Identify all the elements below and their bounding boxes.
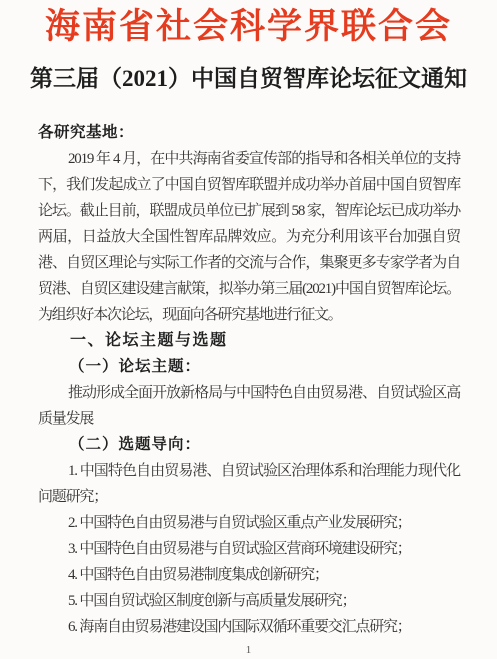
section-1-heading: 一、论坛主题与选题 [38, 328, 460, 354]
document-page: 海南省社会科学界联合会 第三届（2021）中国自贸智库论坛征文通知 各研究基地：… [0, 0, 497, 659]
subsection-1-1-heading: （一）论坛主题： [38, 354, 460, 380]
topic-item-2: 2. 中国特色自由贸易港与自贸试验区重点产业发展研究； [38, 510, 460, 536]
org-title: 海南省社会科学界联合会 [10, 6, 487, 48]
topic-item-4: 4. 中国特色自由贸易港制度集成创新研究； [38, 562, 460, 588]
salutation: 各研究基地： [38, 120, 460, 146]
document-body: 各研究基地： 2019 年 4 月，在中共海南省委宣传部的指导和各相关单位的支持… [38, 120, 460, 640]
topic-item-3: 3. 中国特色自由贸易港与自贸试验区营商环境建设研究； [38, 536, 460, 562]
subsection-1-2-heading: （二）选题导向： [38, 432, 460, 458]
intro-paragraph: 2019 年 4 月，在中共海南省委宣传部的指导和各相关单位的支持下，我们发起成… [38, 146, 460, 328]
page-number: 1 [0, 644, 497, 656]
theme-paragraph: 推动形成全面开放新格局与中国特色自由贸易港、自贸试验区高质量发展 [38, 380, 460, 432]
topic-item-5: 5. 中国自贸试验区制度创新与高质量发展研究； [38, 588, 460, 614]
topic-item-6: 6. 海南自由贸易港建设国内国际双循环重要交汇点研究； [38, 614, 460, 640]
doc-title: 第三届（2021）中国自贸智库论坛征文通知 [10, 64, 487, 94]
topic-item-1: 1. 中国特色自由贸易港、自贸试验区治理体系和治理能力现代化问题研究； [38, 458, 460, 510]
